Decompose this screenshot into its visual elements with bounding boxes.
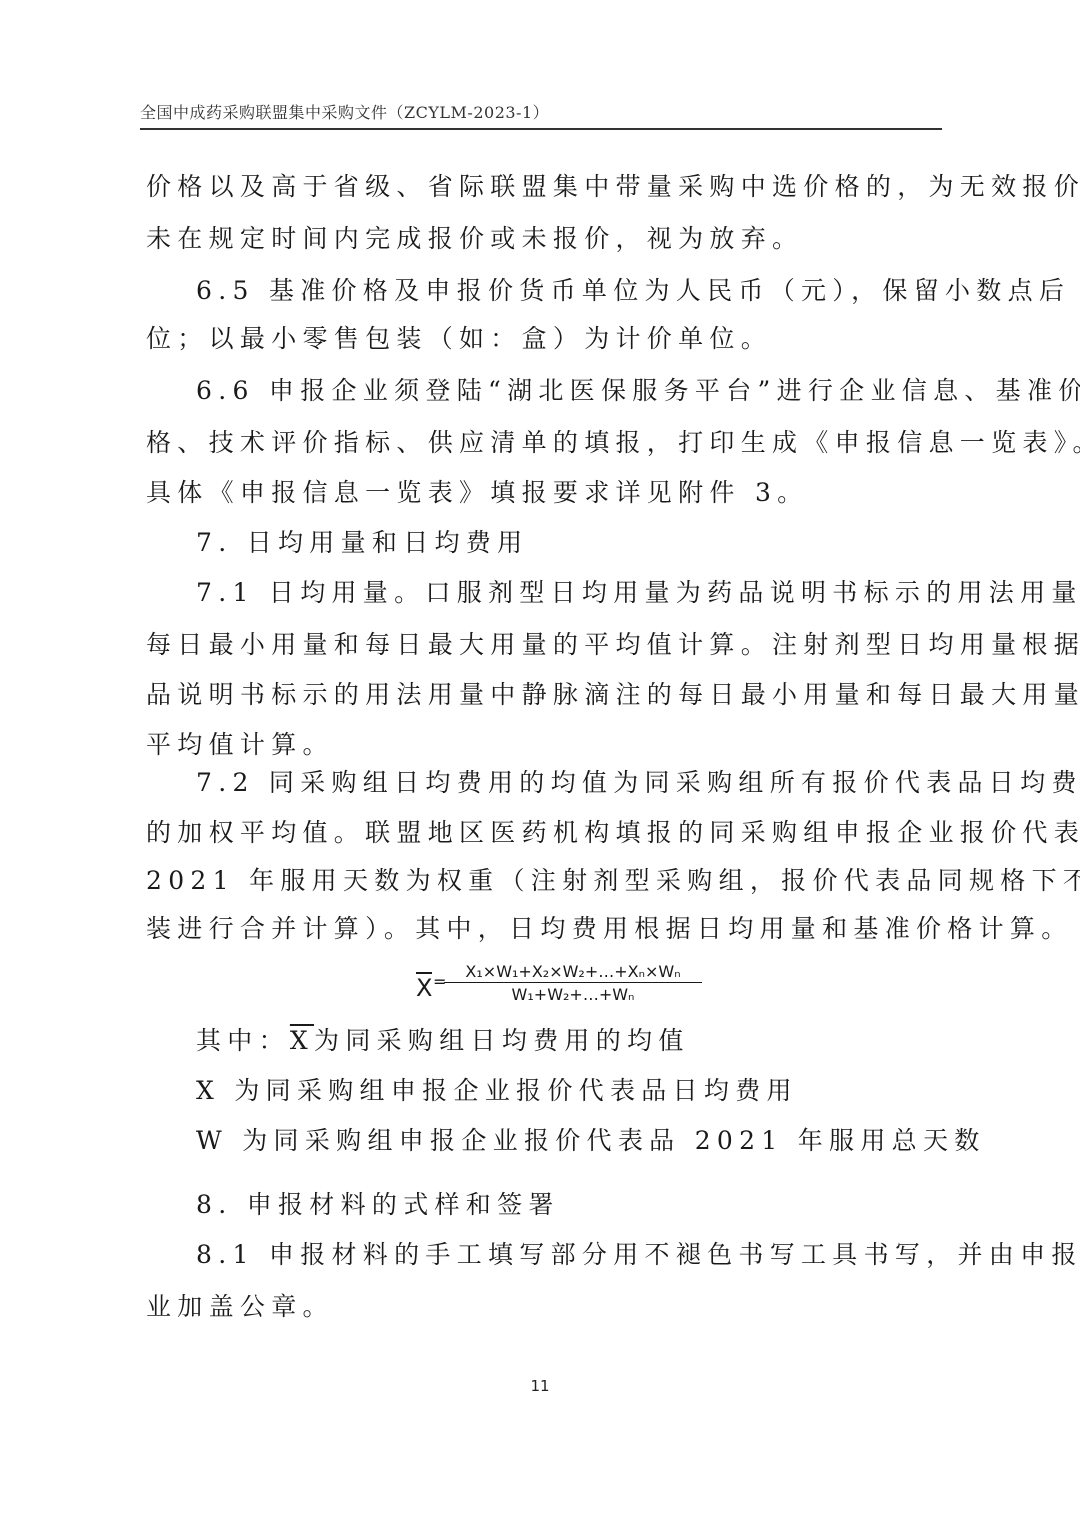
definition-text: 为同采购组日均费用的均值: [314, 1026, 690, 1055]
paragraph-line: 6.6 申报企业须登陆“湖北医保服务平台”进行企业信息、基准价: [196, 376, 1080, 406]
paragraph-line: 价格以及高于省级、省际联盟集中带量采购中选价格的，为无效报价。: [146, 172, 1080, 202]
formula-numerator: X₁×W₁+X₂×W₂+…+Xₙ×Wₙ: [444, 962, 702, 983]
paragraph-line: 平均值计算。: [146, 730, 334, 760]
formula-lhs: X: [416, 974, 432, 1002]
paragraph-line: 7.1 日均用量。口服剂型日均用量为药品说明书标示的用法用量中: [196, 578, 1080, 608]
xbar-symbol: X: [290, 1026, 314, 1055]
running-header: 全国中成药采购联盟集中采购文件（ZCYLM-2023-1）: [140, 100, 940, 123]
paragraph-line: 2021 年服用天数为权重（注射剂型采购组，报价代表品同规格下不同包: [146, 866, 1080, 896]
paragraph-line: 位；以最小零售包装（如：盒）为计价单位。: [146, 324, 772, 354]
paragraph-line: 装进行合并计算）。其中，日均费用根据日均用量和基准价格计算。: [146, 914, 1073, 944]
page-number: 11: [0, 1377, 1080, 1395]
definition-w: W 为同采购组申报企业报价代表品 2021 年服用总天数: [196, 1126, 986, 1156]
paragraph-line: 格、技术评价指标、供应清单的填报，打印生成《申报信息一览表》。: [146, 428, 1080, 458]
paragraph-line: 8.1 申报材料的手工填写部分用不褪色书写工具书写，并由申报企: [196, 1240, 1080, 1270]
paragraph-line: 具体《申报信息一览表》填报要求详见附件 3。: [146, 478, 808, 508]
header-divider: [140, 128, 942, 130]
paragraph-line: 的加权平均值。联盟地区医药机构填报的同采购组申报企业报价代表品: [146, 818, 1080, 848]
section-heading-7: 7. 日均用量和日均费用: [196, 528, 528, 558]
definition-x: X 为同采购组申报企业报价代表品日均费用: [196, 1076, 798, 1106]
paragraph-line: 品说明书标示的用法用量中静脉滴注的每日最小用量和每日最大用量的: [146, 680, 1080, 710]
formula-fraction: X₁×W₁+X₂×W₂+…+Xₙ×Wₙ W₁+W₂+…+Wₙ: [444, 962, 702, 1004]
definition-xbar: 其中：X为同采购组日均费用的均值: [196, 1026, 690, 1056]
paragraph-line: 6.5 基准价格及申报价货币单位为人民币（元），保留小数点后 2: [196, 276, 1080, 306]
paragraph-line: 每日最小用量和每日最大用量的平均值计算。注射剂型日均用量根据药: [146, 630, 1080, 660]
section-heading-8: 8. 申报材料的式样和签署: [196, 1190, 560, 1220]
definition-prefix: 其中：: [196, 1026, 290, 1055]
paragraph-line: 7.2 同采购组日均费用的均值为同采购组所有报价代表品日均费用: [196, 768, 1080, 798]
formula-denominator: W₁+W₂+…+Wₙ: [444, 983, 702, 1004]
paragraph-line: 业加盖公章。: [146, 1292, 334, 1322]
paragraph-line: 未在规定时间内完成报价或未报价，视为放弃。: [146, 224, 803, 254]
